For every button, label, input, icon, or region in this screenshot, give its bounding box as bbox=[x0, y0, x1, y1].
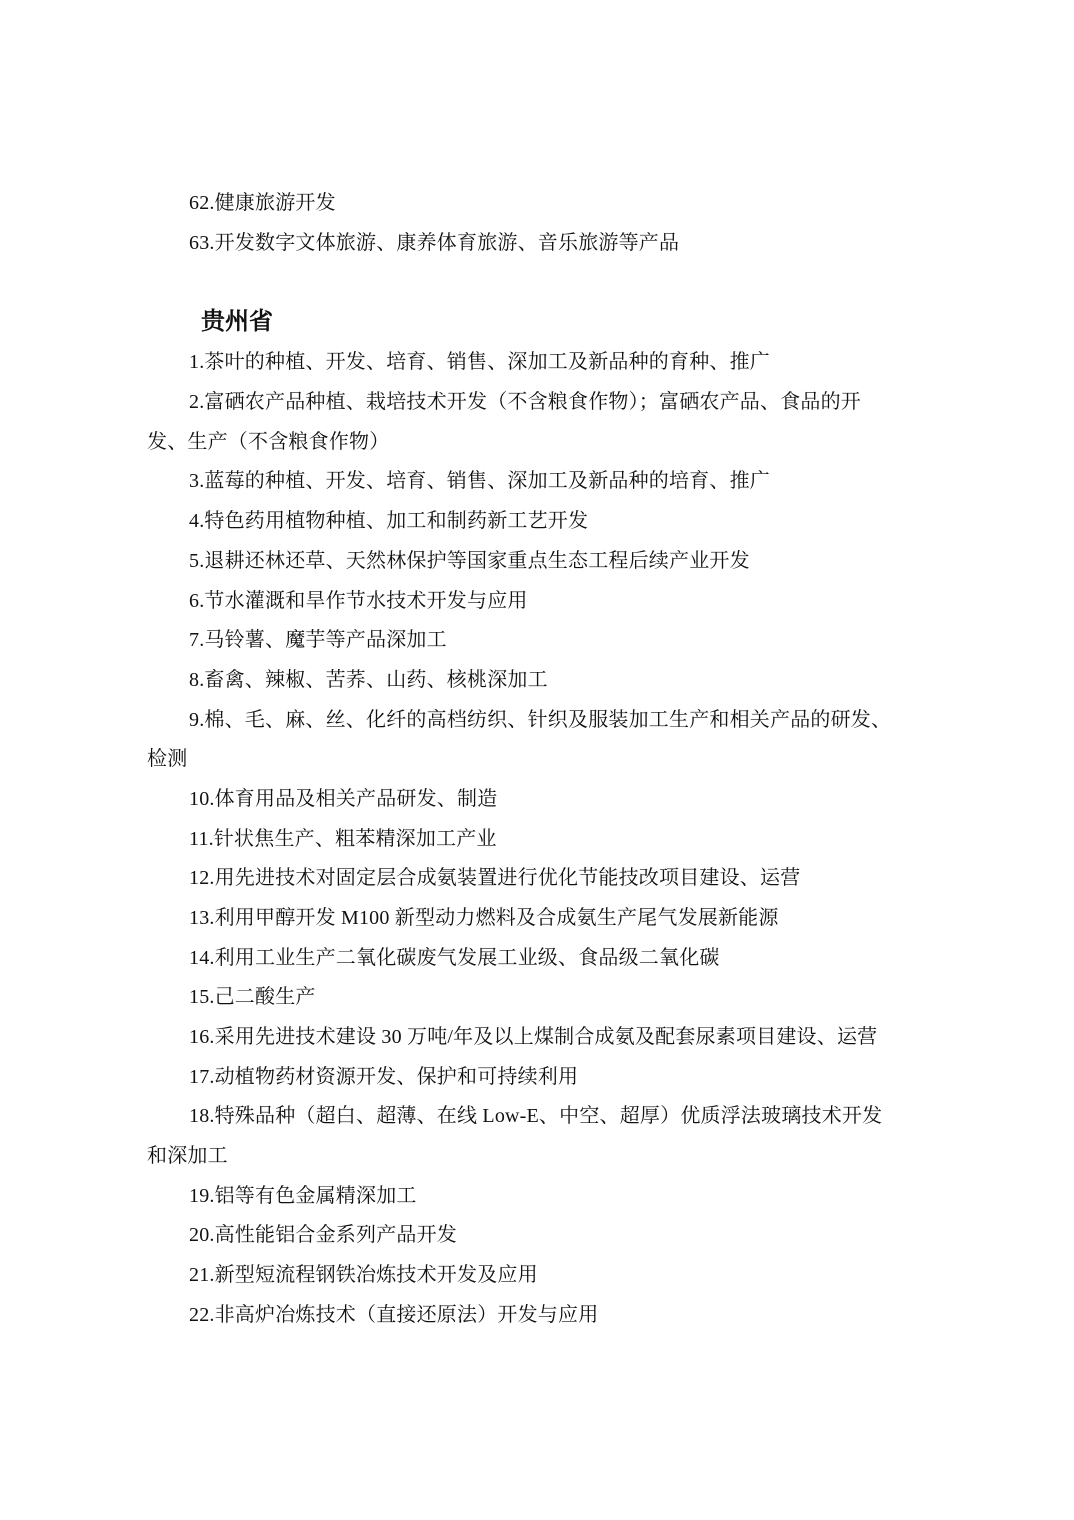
list-item-17: 17.动植物药材资源开发、保护和可持续利用 bbox=[189, 1065, 578, 1089]
list-item-1: 1.茶叶的种植、开发、培育、销售、深加工及新品种的育种、推广 bbox=[189, 350, 770, 374]
list-item-11: 11.针状焦生产、粗苯精深加工产业 bbox=[189, 827, 497, 851]
list-item-14: 14.利用工业生产二氧化碳废气发展工业级、食品级二氧化碳 bbox=[189, 946, 720, 970]
list-item-62: 62.健康旅游开发 bbox=[189, 191, 336, 215]
list-item-20: 20.高性能铝合金系列产品开发 bbox=[189, 1223, 457, 1247]
list-item-12: 12.用先进技术对固定层合成氨装置进行优化节能技改项目建设、运营 bbox=[189, 866, 800, 890]
list-item-18-continuation: 和深加工 bbox=[147, 1144, 228, 1168]
section-heading: 贵州省 bbox=[201, 306, 273, 336]
list-item-18: 18.特殊品种（超白、超薄、在线 Low-E、中空、超厚）优质浮法玻璃技术开发 bbox=[189, 1104, 882, 1128]
list-item-2: 2.富硒农产品种植、栽培技术开发（不含粮食作物）；富硒农产品、食品的开 bbox=[189, 390, 861, 414]
list-item-5: 5.退耕还林还草、天然林保护等国家重点生态工程后续产业开发 bbox=[189, 549, 750, 573]
list-item-63: 63.开发数字文体旅游、康养体育旅游、音乐旅游等产品 bbox=[189, 231, 679, 255]
list-item-10: 10.体育用品及相关产品研发、制造 bbox=[189, 787, 497, 811]
list-item-2-continuation: 发、生产（不含粮食作物） bbox=[147, 430, 389, 454]
list-item-3: 3.蓝莓的种植、开发、培育、销售、深加工及新品种的培育、推广 bbox=[189, 469, 770, 493]
list-item-4: 4.特色药用植物种植、加工和制药新工艺开发 bbox=[189, 509, 588, 533]
list-item-13: 13.利用甲醇开发 M100 新型动力燃料及合成氨生产尾气发展新能源 bbox=[189, 906, 779, 930]
list-item-16: 16.采用先进技术建设 30 万吨/年及以上煤制合成氨及配套尿素项目建设、运营 bbox=[189, 1025, 877, 1049]
list-item-7: 7.马铃薯、魔芋等产品深加工 bbox=[189, 628, 447, 652]
list-item-15: 15.己二酸生产 bbox=[189, 985, 316, 1009]
document-page: 62.健康旅游开发 63.开发数字文体旅游、康养体育旅游、音乐旅游等产品 贵州省… bbox=[0, 0, 1074, 1520]
list-item-21: 21.新型短流程钢铁冶炼技术开发及应用 bbox=[189, 1263, 538, 1287]
list-item-8: 8.畜禽、辣椒、苦荞、山药、核桃深加工 bbox=[189, 668, 548, 692]
list-item-22: 22.非高炉冶炼技术（直接还原法）开发与应用 bbox=[189, 1303, 598, 1327]
list-item-6: 6.节水灌溉和旱作节水技术开发与应用 bbox=[189, 589, 528, 613]
list-item-19: 19.铝等有色金属精深加工 bbox=[189, 1184, 417, 1208]
list-item-9: 9.棉、毛、麻、丝、化纤的高档纺织、针织及服装加工生产和相关产品的研发、 bbox=[189, 708, 891, 732]
list-item-9-continuation: 检测 bbox=[147, 747, 187, 771]
